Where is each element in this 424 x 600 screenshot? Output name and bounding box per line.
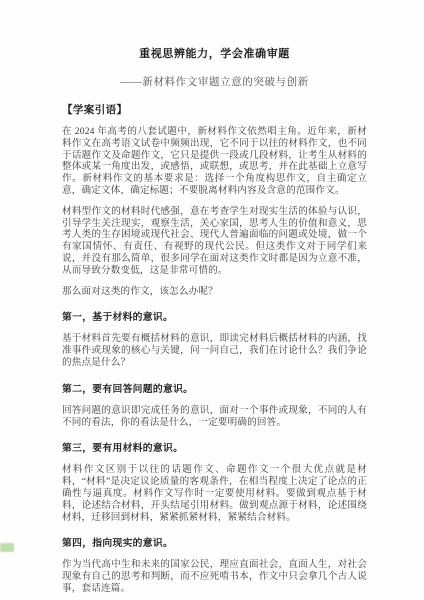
paragraph-question: 那么面对这类的作文，该怎么办呢？ [62, 286, 367, 298]
paragraph-intro-2: 材料型作文的材料时代感强，意在考查学生对现实生活的体验与认识，引导学生关注现实，… [62, 206, 367, 277]
section-heading-3: 第三，要有用材料的意识。 [62, 440, 367, 454]
page-title: 重视思辨能力，学会准确审题 [62, 45, 367, 61]
paragraph-intro-1: 在 2024 年高考的八套试题中，新材料作文依然唱主角。近年来，新材料作文在高考… [62, 126, 367, 197]
watermark-mark [0, 543, 14, 552]
page-subtitle: ——新材料作文审题立意的突破与创新 [62, 74, 367, 89]
paragraph-point-2: 回答问题的意识即完成任务的意识，面对一个事件或现象，不同的人有不同的看法，你的看… [62, 405, 367, 429]
paragraph-point-1: 基于材料首先要有概括材料的意识，即读完材料后概括材料的内涵，找准事件或现象的核心… [62, 333, 367, 368]
paragraph-point-3: 材料作文区别于以往的话题作文、命题作文一个很大优点就是材料，“材料”是决定议论质… [62, 464, 367, 523]
paragraph-point-4: 作为当代高中生和未来的国家公民，理应直面社会，直面人生，对社会现象有自己的思考和… [62, 559, 367, 594]
section-heading-4: 第四，指向现实的意识。 [62, 535, 367, 549]
intro-section-label: 【学案引语】 [62, 102, 367, 117]
section-heading-2: 第二，要有回答问题的意识。 [62, 381, 367, 395]
section-heading-1: 第一，基于材料的意识。 [62, 309, 367, 323]
document-page: 重视思辨能力，学会准确审题 ——新材料作文审题立意的突破与创新 【学案引语】 在… [0, 0, 424, 600]
